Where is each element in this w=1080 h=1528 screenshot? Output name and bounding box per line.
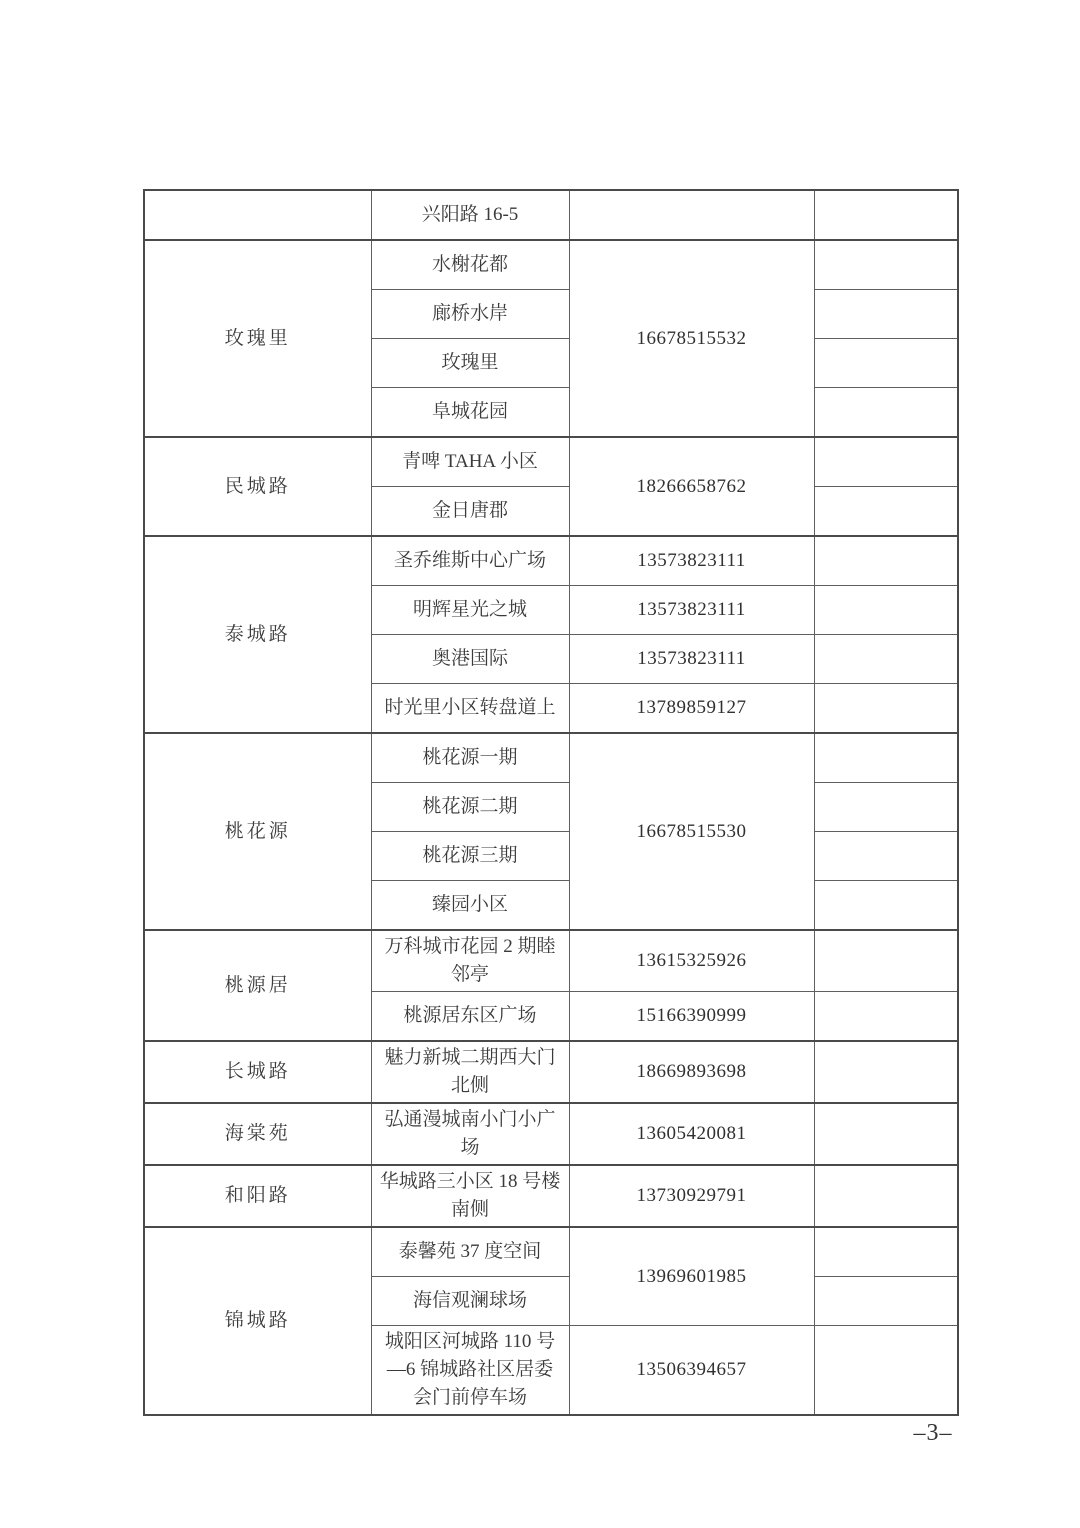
empty-cell	[814, 586, 958, 635]
table-row: 兴阳路 16-5	[144, 190, 958, 240]
empty-cell	[814, 290, 958, 339]
phone-cell: 13605420081	[569, 1103, 814, 1165]
table-row: 民城路青啤 TAHA 小区18266658762	[144, 437, 958, 487]
location-cell: 奥港国际	[371, 635, 569, 684]
location-cell: 城阳区河城路 110 号—6 锦城路社区居委会门前停车场	[371, 1326, 569, 1416]
location-cell: 弘通漫城南小门小广场	[371, 1103, 569, 1165]
table-row: 玫瑰里水榭花都16678515532	[144, 240, 958, 290]
street-cell: 民城路	[144, 437, 371, 536]
empty-cell	[814, 1326, 958, 1416]
empty-cell	[814, 240, 958, 290]
location-cell: 桃源居东区广场	[371, 992, 569, 1042]
empty-cell	[814, 1041, 958, 1103]
community-contact-table: 兴阳路 16-5玫瑰里水榭花都16678515532廊桥水岸玫瑰里阜城花园民城路…	[143, 189, 959, 1416]
location-cell: 明辉星光之城	[371, 586, 569, 635]
phone-cell: 13573823111	[569, 536, 814, 586]
empty-cell	[814, 1165, 958, 1227]
phone-cell: 13730929791	[569, 1165, 814, 1227]
phone-cell: 16678515532	[569, 240, 814, 437]
empty-cell	[814, 339, 958, 388]
document-page: 兴阳路 16-5玫瑰里水榭花都16678515532廊桥水岸玫瑰里阜城花园民城路…	[0, 0, 1080, 1528]
table-row: 海棠苑弘通漫城南小门小广场13605420081	[144, 1103, 958, 1165]
phone-cell: 13615325926	[569, 930, 814, 992]
table-row: 长城路魅力新城二期西大门北侧18669893698	[144, 1041, 958, 1103]
empty-cell	[814, 930, 958, 992]
phone-cell: 13573823111	[569, 586, 814, 635]
street-cell: 锦城路	[144, 1227, 371, 1415]
location-cell: 华城路三小区 18 号楼南侧	[371, 1165, 569, 1227]
street-cell: 泰城路	[144, 536, 371, 733]
location-cell: 海信观澜球场	[371, 1277, 569, 1326]
street-cell: 玫瑰里	[144, 240, 371, 437]
location-cell: 桃花源二期	[371, 783, 569, 832]
street-cell: 和阳路	[144, 1165, 371, 1227]
location-cell: 金日唐郡	[371, 487, 569, 537]
phone-cell: 13506394657	[569, 1326, 814, 1416]
phone-cell: 18669893698	[569, 1041, 814, 1103]
phone-cell: 13789859127	[569, 684, 814, 734]
empty-cell	[814, 992, 958, 1042]
location-cell: 万科城市花园 2 期睦邻亭	[371, 930, 569, 992]
empty-cell	[814, 733, 958, 783]
page-number: –3–	[903, 1420, 963, 1447]
table-row: 泰城路圣乔维斯中心广场13573823111	[144, 536, 958, 586]
street-cell: 海棠苑	[144, 1103, 371, 1165]
location-cell: 桃花源一期	[371, 733, 569, 783]
table-row: 桃源居万科城市花园 2 期睦邻亭13615325926	[144, 930, 958, 992]
location-cell: 圣乔维斯中心广场	[371, 536, 569, 586]
location-cell: 兴阳路 16-5	[371, 190, 569, 240]
phone-cell: 15166390999	[569, 992, 814, 1042]
contact-table-body: 兴阳路 16-5玫瑰里水榭花都16678515532廊桥水岸玫瑰里阜城花园民城路…	[144, 190, 958, 1415]
location-cell: 阜城花园	[371, 388, 569, 438]
location-cell: 魅力新城二期西大门北侧	[371, 1041, 569, 1103]
empty-cell	[814, 881, 958, 931]
location-cell: 玫瑰里	[371, 339, 569, 388]
street-cell: 桃花源	[144, 733, 371, 930]
table-row: 锦城路泰馨苑 37 度空间13969601985	[144, 1227, 958, 1277]
table-row: 桃花源桃花源一期16678515530	[144, 733, 958, 783]
empty-cell	[814, 190, 958, 240]
phone-cell: 16678515530	[569, 733, 814, 930]
street-cell: 长城路	[144, 1041, 371, 1103]
street-cell: 桃源居	[144, 930, 371, 1041]
location-cell: 臻园小区	[371, 881, 569, 931]
phone-cell: 13573823111	[569, 635, 814, 684]
phone-cell: 13969601985	[569, 1227, 814, 1326]
empty-cell	[814, 832, 958, 881]
empty-cell	[814, 783, 958, 832]
empty-cell	[814, 487, 958, 537]
table-row: 和阳路华城路三小区 18 号楼南侧13730929791	[144, 1165, 958, 1227]
empty-cell	[814, 1227, 958, 1277]
location-cell: 青啤 TAHA 小区	[371, 437, 569, 487]
empty-cell	[814, 1277, 958, 1326]
empty-cell	[814, 437, 958, 487]
phone-cell	[569, 190, 814, 240]
empty-cell	[814, 1103, 958, 1165]
empty-cell	[814, 635, 958, 684]
phone-cell: 18266658762	[569, 437, 814, 536]
location-cell: 泰馨苑 37 度空间	[371, 1227, 569, 1277]
location-cell: 时光里小区转盘道上	[371, 684, 569, 734]
location-cell: 廊桥水岸	[371, 290, 569, 339]
empty-cell	[814, 388, 958, 438]
street-cell	[144, 190, 371, 240]
empty-cell	[814, 536, 958, 586]
location-cell: 水榭花都	[371, 240, 569, 290]
location-cell: 桃花源三期	[371, 832, 569, 881]
empty-cell	[814, 684, 958, 734]
